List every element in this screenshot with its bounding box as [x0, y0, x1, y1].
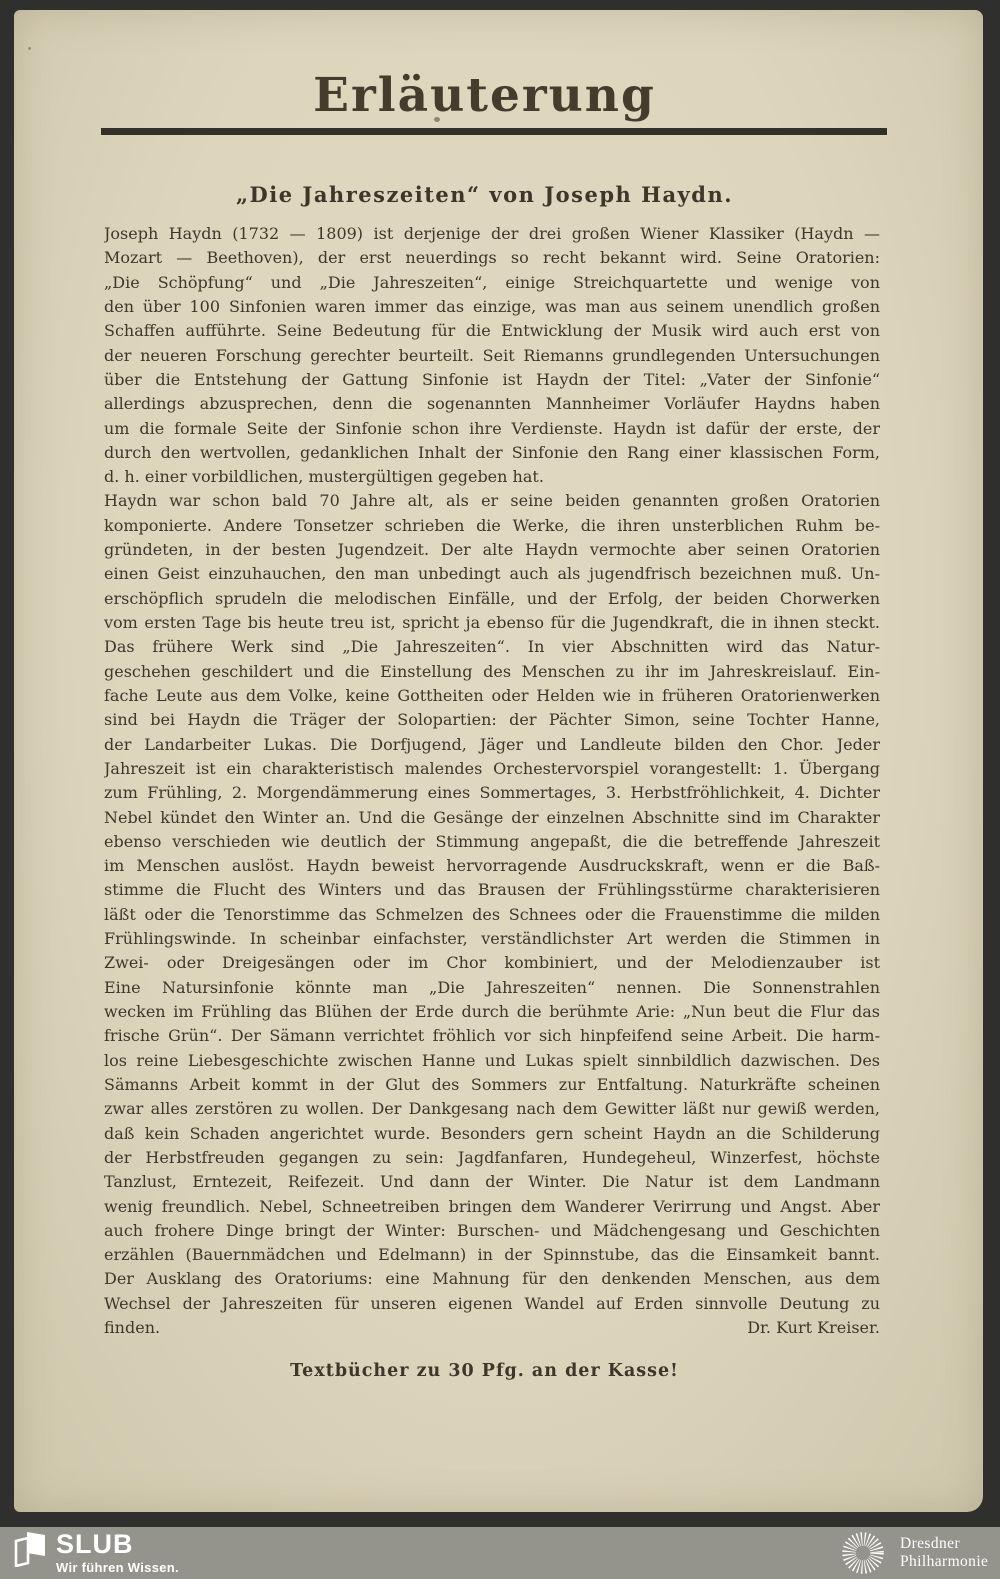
- slub-logo-block: SLUB Wir führen Wissen.: [14, 1529, 179, 1575]
- body-text-line: einen Geist einzuhauchen, den man unbedi…: [104, 562, 880, 586]
- body-text-line: erschöpflich sprudeln die melodischen Ei…: [104, 587, 880, 611]
- body-text-line: durch den wertvollen, gedanklichen Inhal…: [104, 441, 880, 465]
- slub-tagline: Wir führen Wissen.: [56, 1560, 179, 1575]
- partner-name: Dresdner Philharmonie: [900, 1535, 988, 1571]
- body-text-line: Nebel kündet den Winter an. Und die Gesä…: [104, 806, 880, 830]
- body-text-line: erzählen (Bauernmädchen und Edelmann) in…: [104, 1243, 880, 1267]
- body-text: Joseph Haydn (1732 — 1809) ist derjenige…: [104, 222, 880, 1340]
- body-text-line: Das frühere Werk sind „Die Jahreszeiten“…: [104, 635, 880, 659]
- body-text-line: „Die Schöpfung“ und „Die Jahreszeiten“, …: [104, 271, 880, 295]
- body-text-line: wenig freundlich. Nebel, Schneetreiben b…: [104, 1195, 880, 1219]
- partner-logo-block: Dresdner Philharmonie: [838, 1527, 988, 1579]
- scanned-page-view: Erläuterung „Die Jahreszeiten“ von Josep…: [0, 0, 1000, 1579]
- body-text-line: los reine Liebesgeschichte zwischen Hann…: [104, 1049, 880, 1073]
- body-text-line: stimme die Flucht des Winters und das Br…: [104, 878, 880, 902]
- body-text-line: wecken im Frühling das Blühen der Erde d…: [104, 1000, 880, 1024]
- closing-word: finden.: [104, 1316, 160, 1340]
- scan-speck: [28, 47, 31, 50]
- body-text-line: vom ersten Tage bis heute treu ist, spri…: [104, 611, 880, 635]
- body-text-line: komponierte. Andere Tonsetzer schrieben …: [104, 514, 880, 538]
- body-text-line: Joseph Haydn (1732 — 1809) ist derjenige…: [104, 222, 880, 246]
- body-text-line: Haydn war schon bald 70 Jahre alt, als e…: [104, 489, 880, 513]
- body-text-line: frische Grün“. Der Sämann verrichtet frö…: [104, 1024, 880, 1048]
- body-text-line: Zwei- oder Dreigesängen oder im Chor kom…: [104, 951, 880, 975]
- open-book-icon: [14, 1531, 46, 1567]
- body-text-line: über die Entstehung der Gattung Sinfonie…: [104, 368, 880, 392]
- slub-text-column: SLUB Wir führen Wissen.: [56, 1529, 179, 1575]
- body-text-line: der neueren Forschung gerechter beurteil…: [104, 344, 880, 368]
- scan-speck: [434, 117, 440, 122]
- body-text-line: Tanzlust, Erntezeit, Reifezeit. Und dann…: [104, 1170, 880, 1194]
- body-text-line: Sämanns Arbeit kommt in der Glut des Som…: [104, 1073, 880, 1097]
- body-text-line: läßt oder die Tenorstimme das Schmelzen …: [104, 903, 880, 927]
- body-text-line: d. h. einer vorbildlichen, mustergültige…: [104, 465, 880, 489]
- body-text-line: sind bei Haydn die Träger der Solopartie…: [104, 708, 880, 732]
- page-title: Erläuterung: [0, 68, 969, 123]
- body-text-line: Frühlingswinde. In scheinbar einfachster…: [104, 927, 880, 951]
- body-text-line: Der Ausklang des Oratoriums: eine Mahnun…: [104, 1267, 880, 1291]
- work-subtitle: „Die Jahreszeiten“ von Joseph Haydn.: [0, 182, 969, 207]
- body-text-line: Mozart — Beethoven), der erst neuerdings…: [104, 246, 880, 270]
- body-text-line: zum Frühling, 2. Morgendämmerung eines S…: [104, 781, 880, 805]
- partner-name-line2: Philharmonie: [900, 1553, 988, 1571]
- body-text-line: geschehen geschildert und die Einstellun…: [104, 660, 880, 684]
- partner-name-line1: Dresdner: [900, 1535, 988, 1553]
- body-text-line: zwar alles zerstören zu wollen. Der Dank…: [104, 1097, 880, 1121]
- body-text-line: den über 100 Sinfonien waren immer das e…: [104, 295, 880, 319]
- library-branding-bar: SLUB Wir führen Wissen. Dresdner Philhar…: [0, 1527, 1000, 1579]
- title-divider-rule: [101, 128, 887, 135]
- author-signature: Dr. Kurt Kreiser.: [747, 1316, 880, 1340]
- body-text-line: ebenso verschieden wie deutlich der Stim…: [104, 830, 880, 854]
- body-text-line: um die formale Seite der Sinfonie schon …: [104, 417, 880, 441]
- body-text-line: Jahreszeit ist ein charakteristisch male…: [104, 757, 880, 781]
- sunburst-icon: [838, 1528, 888, 1578]
- body-text-line: auch frohere Dinge bringt der Winter: Bu…: [104, 1219, 880, 1243]
- body-lines: Joseph Haydn (1732 — 1809) ist derjenige…: [104, 222, 880, 1316]
- body-text-line: allerdings abzusprechen, denn die sogena…: [104, 392, 880, 416]
- body-text-line: Wechsel der Jahreszeiten für unseren eig…: [104, 1292, 880, 1316]
- body-text-line: der Herbstfreuden gegangen zu sein: Jagd…: [104, 1146, 880, 1170]
- textbook-notice: Textbücher zu 30 Pfg. an der Kasse!: [0, 1361, 969, 1381]
- body-text-line: Eine Natursinfonie könnte man „Die Jahre…: [104, 976, 880, 1000]
- signature-row: finden. Dr. Kurt Kreiser.: [104, 1316, 880, 1340]
- body-text-line: im Menschen auslöst. Haydn beweist hervo…: [104, 854, 880, 878]
- body-text-line: gründeten, in der besten Jugendzeit. Der…: [104, 538, 880, 562]
- slub-wordmark: SLUB: [56, 1529, 179, 1559]
- body-text-line: der Landarbeiter Lukas. Die Dorfjugend, …: [104, 733, 880, 757]
- body-text-line: fache Leute aus dem Volke, keine Gotthei…: [104, 684, 880, 708]
- body-text-line: Schaffen aufführte. Seine Bedeutung für …: [104, 319, 880, 343]
- body-text-line: daß kein Schaden angerichtet wurde. Beso…: [104, 1122, 880, 1146]
